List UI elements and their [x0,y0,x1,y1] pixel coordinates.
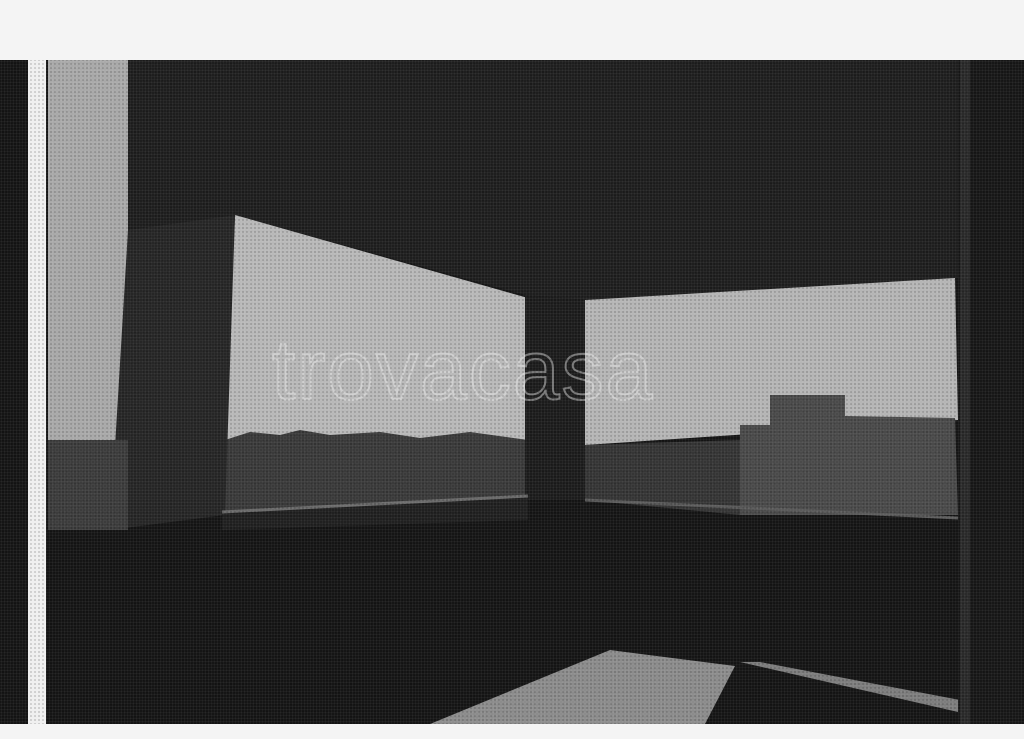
balcony-photo: trovacasa [0,60,1024,724]
watermark-text: trovacasa [272,322,772,419]
